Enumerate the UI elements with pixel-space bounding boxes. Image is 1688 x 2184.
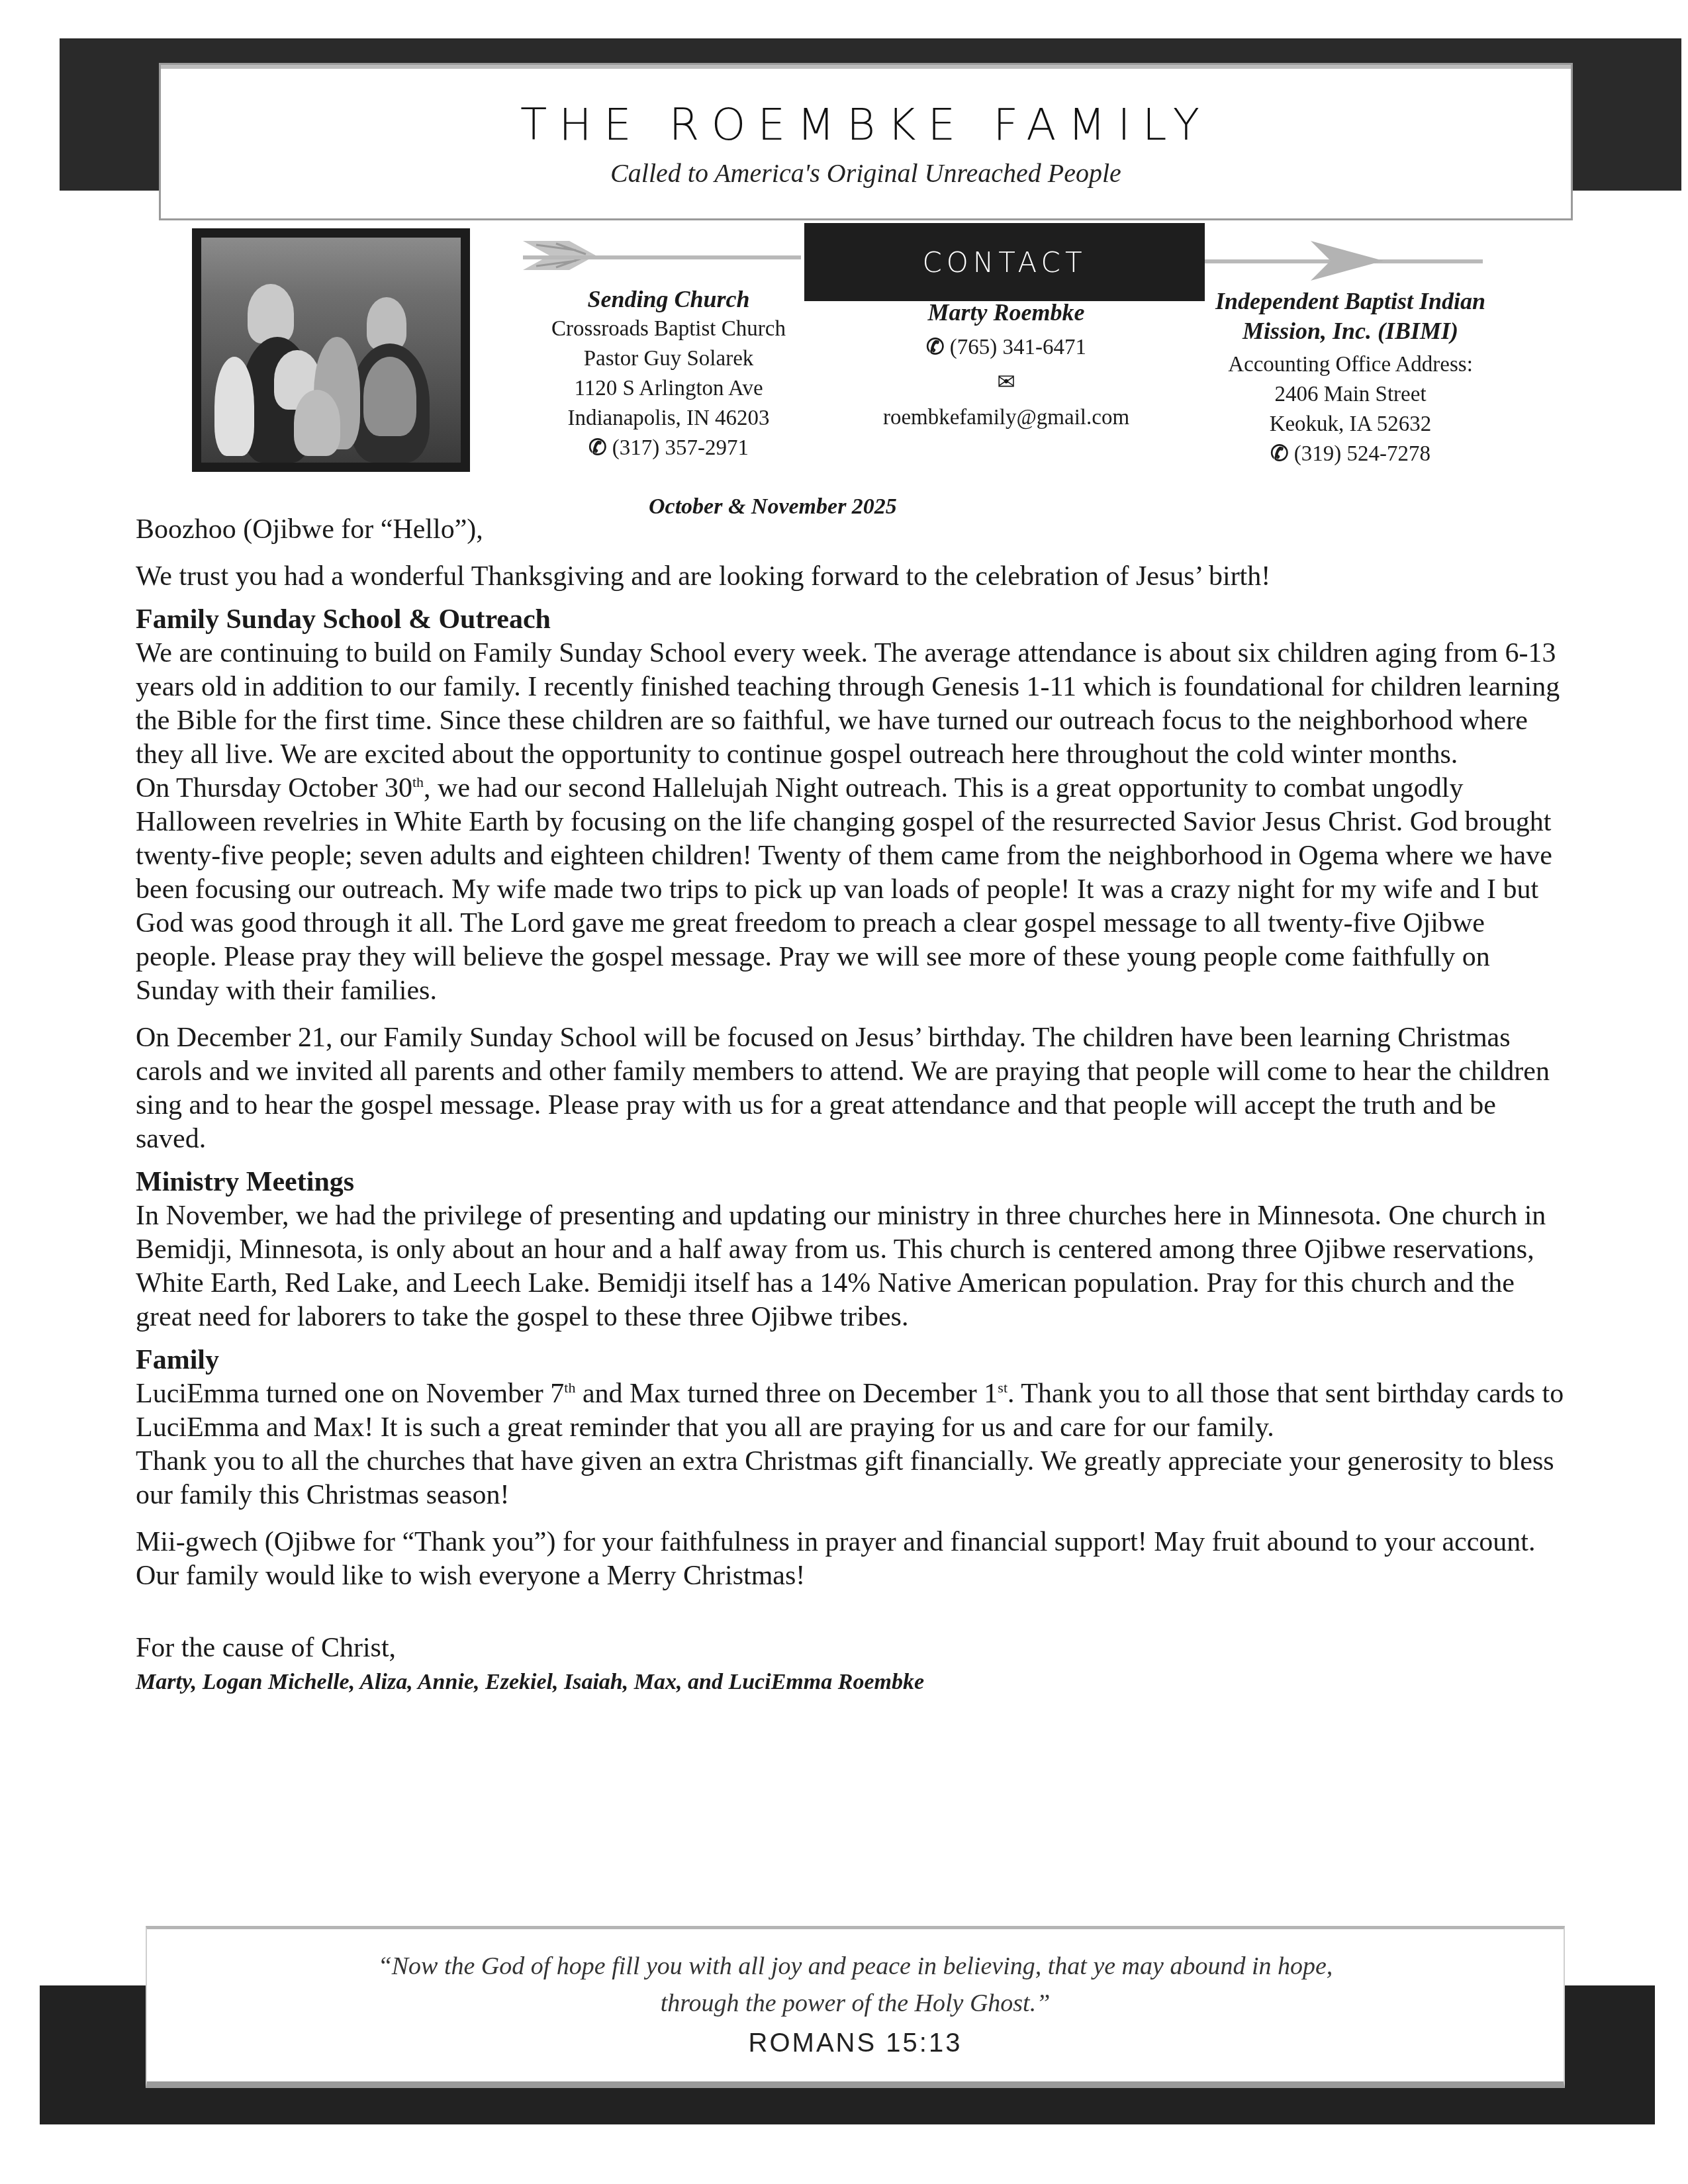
church-city: Indianapolis, IN 46203 (503, 404, 834, 433)
scripture-box: “Now the God of hope fill you with all j… (146, 1926, 1565, 2088)
church-name: Crossroads Baptist Church (503, 314, 834, 344)
phone-icon: ✆ (1270, 442, 1289, 466)
family-paragraph-2: Thank you to all the churches that have … (136, 1445, 1572, 1512)
family-photo (192, 228, 470, 472)
phone-icon: ✆ (926, 336, 945, 359)
signature: Marty, Logan Michelle, Aliza, Annie, Eze… (136, 1665, 1572, 1699)
section-heading-family: Family (136, 1343, 1572, 1377)
contact-heading: CONTACT (804, 223, 1205, 301)
section-heading-ministry: Ministry Meetings (136, 1165, 1572, 1199)
tagline: Called to America's Original Unreached P… (161, 158, 1571, 189)
church-phone[interactable]: (317) 357-2971 (612, 436, 749, 460)
phone-icon: ✆ (588, 436, 607, 460)
intro-paragraph: We trust you had a wonderful Thanksgivin… (136, 560, 1572, 594)
missionary-phone[interactable]: (765) 341-6471 (950, 336, 1086, 359)
mission-board-block: Independent Baptist Indian Mission, Inc.… (1178, 287, 1523, 469)
office-street: 2406 Main Street (1178, 380, 1523, 410)
missionary-name: Marty Roembke (814, 298, 1198, 328)
arrowhead-icon (1311, 240, 1390, 282)
family-paragraph-1: LuciEmma turned one on November 7th and … (136, 1377, 1572, 1445)
arrow-shaft-left (523, 255, 801, 259)
sunday-school-paragraph-2: On Thursday October 30th, we had our sec… (136, 772, 1572, 1008)
section-heading-sunday-school: Family Sunday School & Outreach (136, 603, 1572, 637)
scripture-verse: “Now the God of hope fill you with all j… (147, 1948, 1564, 2022)
office-phone[interactable]: (319) 524-7278 (1294, 442, 1430, 466)
envelope-icon: ✉ (814, 368, 1198, 398)
sunday-school-paragraph-1: We are continuing to build on Family Sun… (136, 637, 1572, 772)
church-street: 1120 S Arlington Ave (503, 374, 834, 404)
sending-church-heading: Sending Church (503, 285, 834, 314)
missionary-email[interactable]: roembkefamily@gmail.com (814, 403, 1198, 433)
masthead: THE ROEMBKE FAMILY Called to America's O… (159, 63, 1573, 220)
office-label: Accounting Office Address: (1178, 350, 1523, 380)
church-pastor: Pastor Guy Solarek (503, 344, 834, 374)
mission-board-heading-1: Independent Baptist Indian (1178, 287, 1523, 316)
thanks-paragraph: Mii-gwech (Ojibwe for “Thank you”) for y… (136, 1525, 1572, 1593)
scripture-reference: ROMANS 15:13 (147, 2028, 1564, 2058)
mission-board-heading-2: Mission, Inc. (IBIMI) (1178, 316, 1523, 346)
sunday-school-paragraph-3: On December 21, our Family Sunday School… (136, 1021, 1572, 1156)
ministry-paragraph: In November, we had the privilege of pre… (136, 1199, 1572, 1334)
missionary-contact-block: Marty Roembke ✆ (765) 341-6471 ✉ roembke… (814, 298, 1198, 433)
closing: For the cause of Christ, (136, 1631, 1572, 1665)
office-city: Keokuk, IA 52632 (1178, 410, 1523, 439)
page-title: THE ROEMBKE FAMILY (161, 99, 1571, 150)
greeting: Boozhoo (Ojibwe for “Hello”), (136, 513, 1572, 547)
sending-church-block: Sending Church Crossroads Baptist Church… (503, 285, 834, 463)
letter-body: Boozhoo (Ojibwe for “Hello”), We trust y… (136, 513, 1572, 1699)
family-photo-image (201, 238, 461, 463)
